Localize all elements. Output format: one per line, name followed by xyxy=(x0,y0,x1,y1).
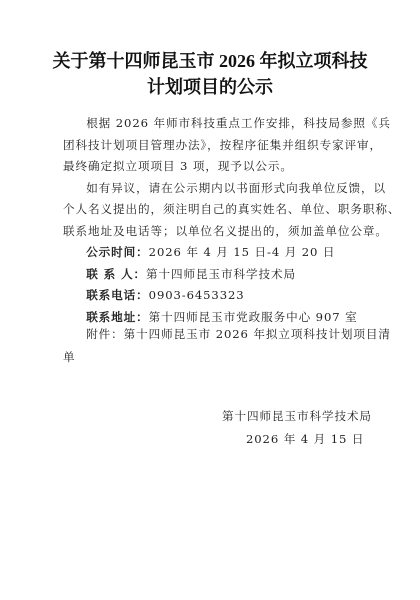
contact-person-label: 联 系 人： xyxy=(86,267,146,281)
contact-person-value: 第十四师昆玉市科学技术局 xyxy=(146,267,296,281)
attachment-line-2: 单 xyxy=(63,346,355,369)
paragraph-line: 根据 2026 年师市科技重点工作安排，科技局参照《兵 xyxy=(63,113,355,135)
contact-address-label: 联系地址： xyxy=(86,310,148,324)
attachment-line-1: 附件：第十四师昆玉市 2026 年拟立项科技计划项目清 xyxy=(63,323,355,346)
contact-phone-label: 联系电话： xyxy=(86,288,148,302)
attachment-note: 附件：第十四师昆玉市 2026 年拟立项科技计划项目清 单 xyxy=(63,323,355,369)
document-body: 根据 2026 年师市科技重点工作安排，科技局参照《兵 团科技计划项目管理办法》… xyxy=(63,113,355,328)
paragraph-line: 联系地址及电话等；以单位名义提出的，须加盖单位公章。 xyxy=(63,221,355,243)
title-line-2: 计划项目的公示 xyxy=(40,74,380,100)
document-title: 关于第十四师昆玉市 2026 年拟立项科技 计划项目的公示 xyxy=(40,48,380,100)
paragraph-line: 团科技计划项目管理办法》，按程序征集并组织专家评审， xyxy=(63,135,355,157)
signature-organization: 第十四师昆玉市科学技术局 xyxy=(222,405,372,427)
paragraph-line: 最终确定拟立项项目 3 项，现予以公示。 xyxy=(63,156,355,178)
signature-date: 2026 年 4 月 15 日 xyxy=(246,428,364,450)
publicity-period: 公示时间：2026 年 4 月 15 日-4 月 20 日 xyxy=(63,242,355,264)
paragraph-intro: 根据 2026 年师市科技重点工作安排，科技局参照《兵 xyxy=(63,113,355,135)
contact-phone-value: 0903-6453323 xyxy=(149,288,245,302)
publicity-period-label: 公示时间： xyxy=(86,245,148,259)
title-line-1: 关于第十四师昆玉市 2026 年拟立项科技 xyxy=(40,48,380,74)
paragraph-objection: 如有异议，请在公示期内以书面形式向我单位反馈，以 xyxy=(63,178,355,200)
contact-phone: 联系电话：0903-6453323 xyxy=(63,285,355,307)
document-page: 关于第十四师昆玉市 2026 年拟立项科技 计划项目的公示 根据 2026 年师… xyxy=(0,0,420,600)
paragraph-line: 个人名义提出的，须注明自己的真实姓名、单位、职务职称、 xyxy=(63,199,355,221)
paragraph-intro-cont: 团科技计划项目管理办法》，按程序征集并组织专家评审， 最终确定拟立项项目 3 项… xyxy=(63,135,355,178)
paragraph-line: 如有异议，请在公示期内以书面形式向我单位反馈，以 xyxy=(63,178,355,200)
paragraph-objection-cont: 个人名义提出的，须注明自己的真实姓名、单位、职务职称、 联系地址及电话等；以单位… xyxy=(63,199,355,242)
contact-person: 联 系 人：第十四师昆玉市科学技术局 xyxy=(63,264,355,286)
contact-address-value: 第十四师昆玉市党政服务中心 907 室 xyxy=(149,310,358,324)
publicity-period-value: 2026 年 4 月 15 日-4 月 20 日 xyxy=(149,245,336,259)
